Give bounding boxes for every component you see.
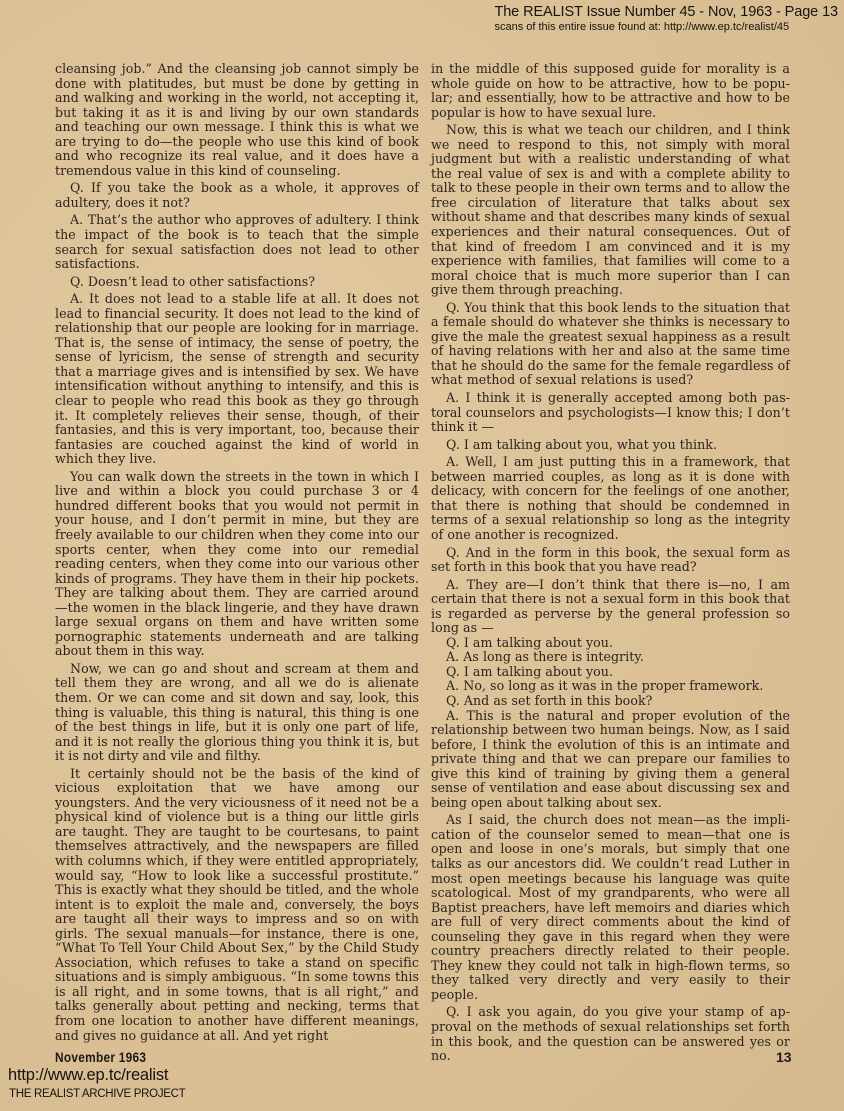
question-paragraph: Q. I am talking about you.	[431, 665, 790, 680]
paragraph: Now, this is what we teach our children,…	[431, 123, 790, 298]
answer-paragraph: A. Well, I am just putting this in a fra…	[431, 455, 790, 542]
issue-date: November 1963	[55, 1049, 146, 1065]
paragraph: You can walk down the streets in the tow…	[55, 470, 419, 659]
article-column-left: cleansing job.” And the cleansing job ca…	[55, 62, 419, 1046]
answer-paragraph: A. They are—I don’t think that there is—…	[431, 578, 790, 636]
question-paragraph: Q. I am talking about you, what you thin…	[431, 438, 790, 453]
question-paragraph: Q. You think that this book lends to the…	[431, 301, 790, 388]
archive-url-link[interactable]: http://www.ep.tc/realist	[8, 1066, 168, 1085]
article-column-right: in the middle of this supposed guide for…	[431, 62, 790, 1067]
answer-paragraph: A. It does not lead to a stable life at …	[55, 292, 419, 467]
question-paragraph: Q. Doesn’t lead to other satisfactions?	[55, 275, 419, 290]
paragraph: Now, we can go and shout and scream at t…	[55, 662, 419, 764]
answer-paragraph: A. No, so long as it was in the proper f…	[431, 679, 790, 694]
answer-paragraph: A. That’s the author who approves of adu…	[55, 213, 419, 271]
question-paragraph: Q. I am talking about you.	[431, 636, 790, 651]
archive-project-name: THE REALIST ARCHIVE PROJECT	[9, 1088, 185, 1100]
answer-paragraph: A. This is the natural and proper evolut…	[431, 709, 790, 811]
paragraph: cleansing job.” And the cleansing job ca…	[55, 62, 419, 178]
question-paragraph: Q. I ask you again, do you give your sta…	[431, 1005, 790, 1063]
scan-source-note: scans of this entire issue found at: htt…	[494, 21, 838, 34]
scan-header: The REALIST Issue Number 45 - Nov, 1963 …	[494, 4, 838, 34]
page-number: 13	[776, 1049, 792, 1065]
issue-title: The REALIST Issue Number 45 - Nov, 1963 …	[494, 4, 838, 21]
paragraph: As I said, the church does not mean—as t…	[431, 813, 790, 1002]
paragraph: It certainly should not be the basis of …	[55, 767, 419, 1043]
question-paragraph: Q. If you take the book as a whole, it a…	[55, 181, 419, 210]
answer-paragraph: A. I think it is generally accepted amon…	[431, 391, 790, 435]
question-paragraph: Q. And as set forth in this book?	[431, 694, 790, 709]
question-paragraph: Q. And in the form in this book, the sex…	[431, 546, 790, 575]
paragraph: in the middle of this supposed guide for…	[431, 62, 790, 120]
answer-paragraph: A. As long as there is integrity.	[431, 650, 790, 665]
